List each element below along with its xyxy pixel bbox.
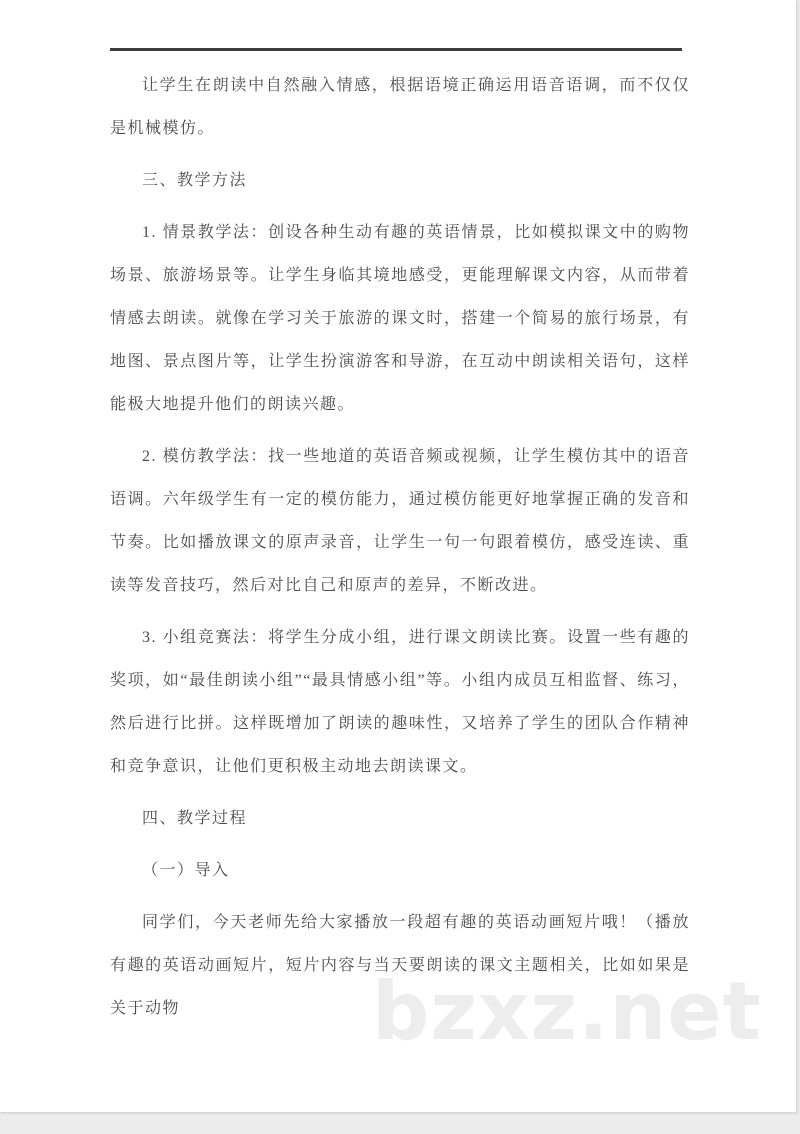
document-page: 让学生在朗读中自然融入情感，根据语境正确运用语音语调，而不仅仅是机械模仿。 三、… [0,0,797,1113]
heading-teaching-process: 四、教学过程 [110,797,690,840]
paragraph-emotion-note: 让学生在朗读中自然融入情感，根据语境正确运用语音语调，而不仅仅是机械模仿。 [110,64,690,150]
document-canvas: 让学生在朗读中自然融入情感，根据语境正确运用语音语调，而不仅仅是机械模仿。 三、… [0,0,800,1134]
watermark-text: bzxz.net [372,972,762,1052]
paragraph-imitation-teaching-method: 2. 模仿教学法：找一些地道的英语音频或视频，让学生模仿其中的语音语调。六年级学… [110,435,690,607]
paragraph-situational-teaching-method: 1. 情景教学法：创设各种生动有趣的英语情景，比如模拟课文中的购物场景、旅游场景… [110,211,690,426]
paragraph-group-competition-method: 3. 小组竞赛法：将学生分成小组，进行课文朗读比赛。设置一些有趣的奖项，如“最佳… [110,616,690,788]
section-divider-line [110,48,682,51]
heading-teaching-methods: 三、教学方法 [110,159,690,202]
document-body: 让学生在朗读中自然融入情感，根据语境正确运用语音语调，而不仅仅是机械模仿。 三、… [110,64,690,1039]
heading-lead-in: （一）导入 [110,849,690,892]
